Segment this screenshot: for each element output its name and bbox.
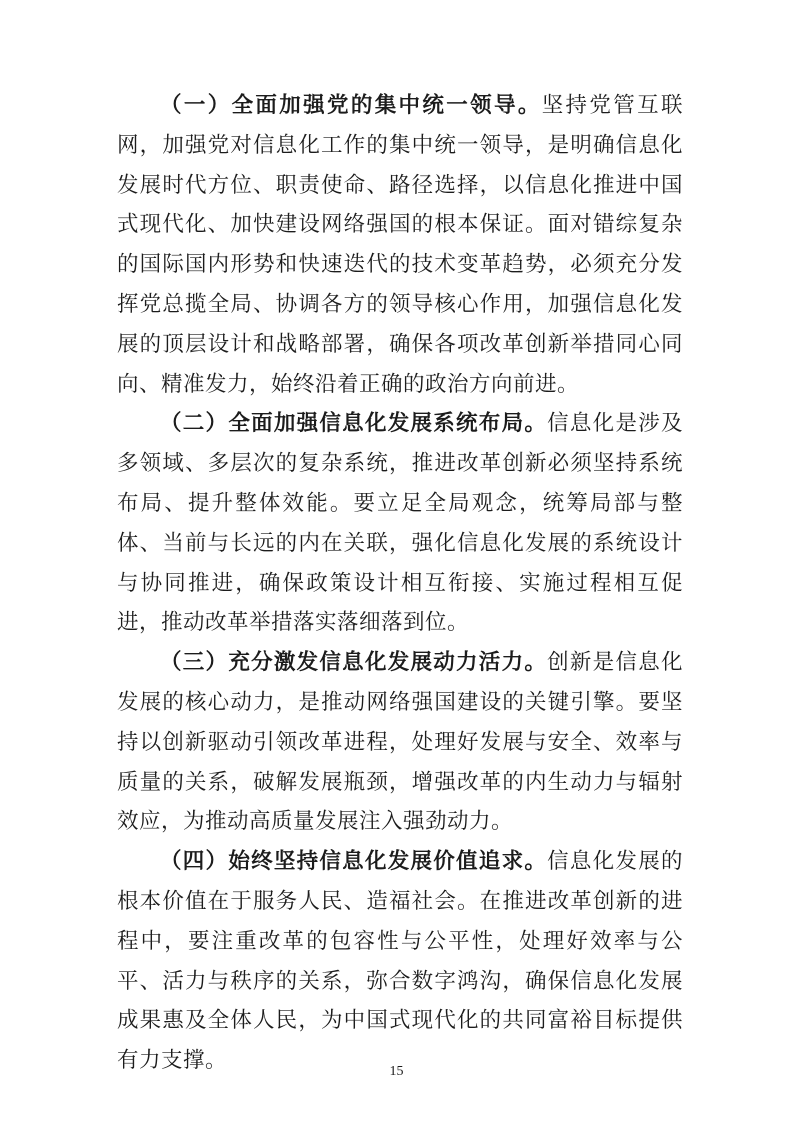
section-paragraph: （四）始终坚持信息化发展价值追求。信息化发展的根本价值在于服务人民、造福社会。在… <box>117 842 683 1081</box>
section-paragraph: （一）全面加强党的集中统一领导。坚持党管互联网，加强党对信息化工作的集中统一领导… <box>117 86 683 404</box>
document-body: （一）全面加强党的集中统一领导。坚持党管互联网，加强党对信息化工作的集中统一领导… <box>117 86 683 1081</box>
paragraph-body: 信息化是涉及多领域、多层次的复杂系统，推进改革创新必须坚持系统布局、提升整体效能… <box>117 411 683 634</box>
paragraph-heading: （二）全面加强信息化发展系统布局。 <box>160 411 547 435</box>
paragraph-body: 坚持党管互联网，加强党对信息化工作的集中统一领导，是明确信息化发展时代方位、职责… <box>117 93 683 396</box>
section-paragraph: （三）充分激发信息化发展动力活力。创新是信息化发展的核心动力，是推动网络强国建设… <box>117 643 683 842</box>
paragraph-heading: （四）始终坚持信息化发展价值追求。 <box>160 849 547 873</box>
paragraph-body: 信息化发展的根本价值在于服务人民、造福社会。在推进改革创新的进程中，要注重改革的… <box>117 849 683 1072</box>
section-paragraph: （二）全面加强信息化发展系统布局。信息化是涉及多领域、多层次的复杂系统，推进改革… <box>117 404 683 643</box>
paragraph-heading: （一）全面加强党的集中统一领导。 <box>160 93 542 117</box>
paragraph-heading: （三）充分激发信息化发展动力活力。 <box>160 650 547 674</box>
document-page: （一）全面加强党的集中统一领导。坚持党管互联网，加强党对信息化工作的集中统一领导… <box>0 0 793 1122</box>
paragraph-body: 创新是信息化发展的核心动力，是推动网络强国建设的关键引擎。要坚持以创新驱动引领改… <box>117 650 683 833</box>
page-number: 15 <box>0 1064 793 1080</box>
